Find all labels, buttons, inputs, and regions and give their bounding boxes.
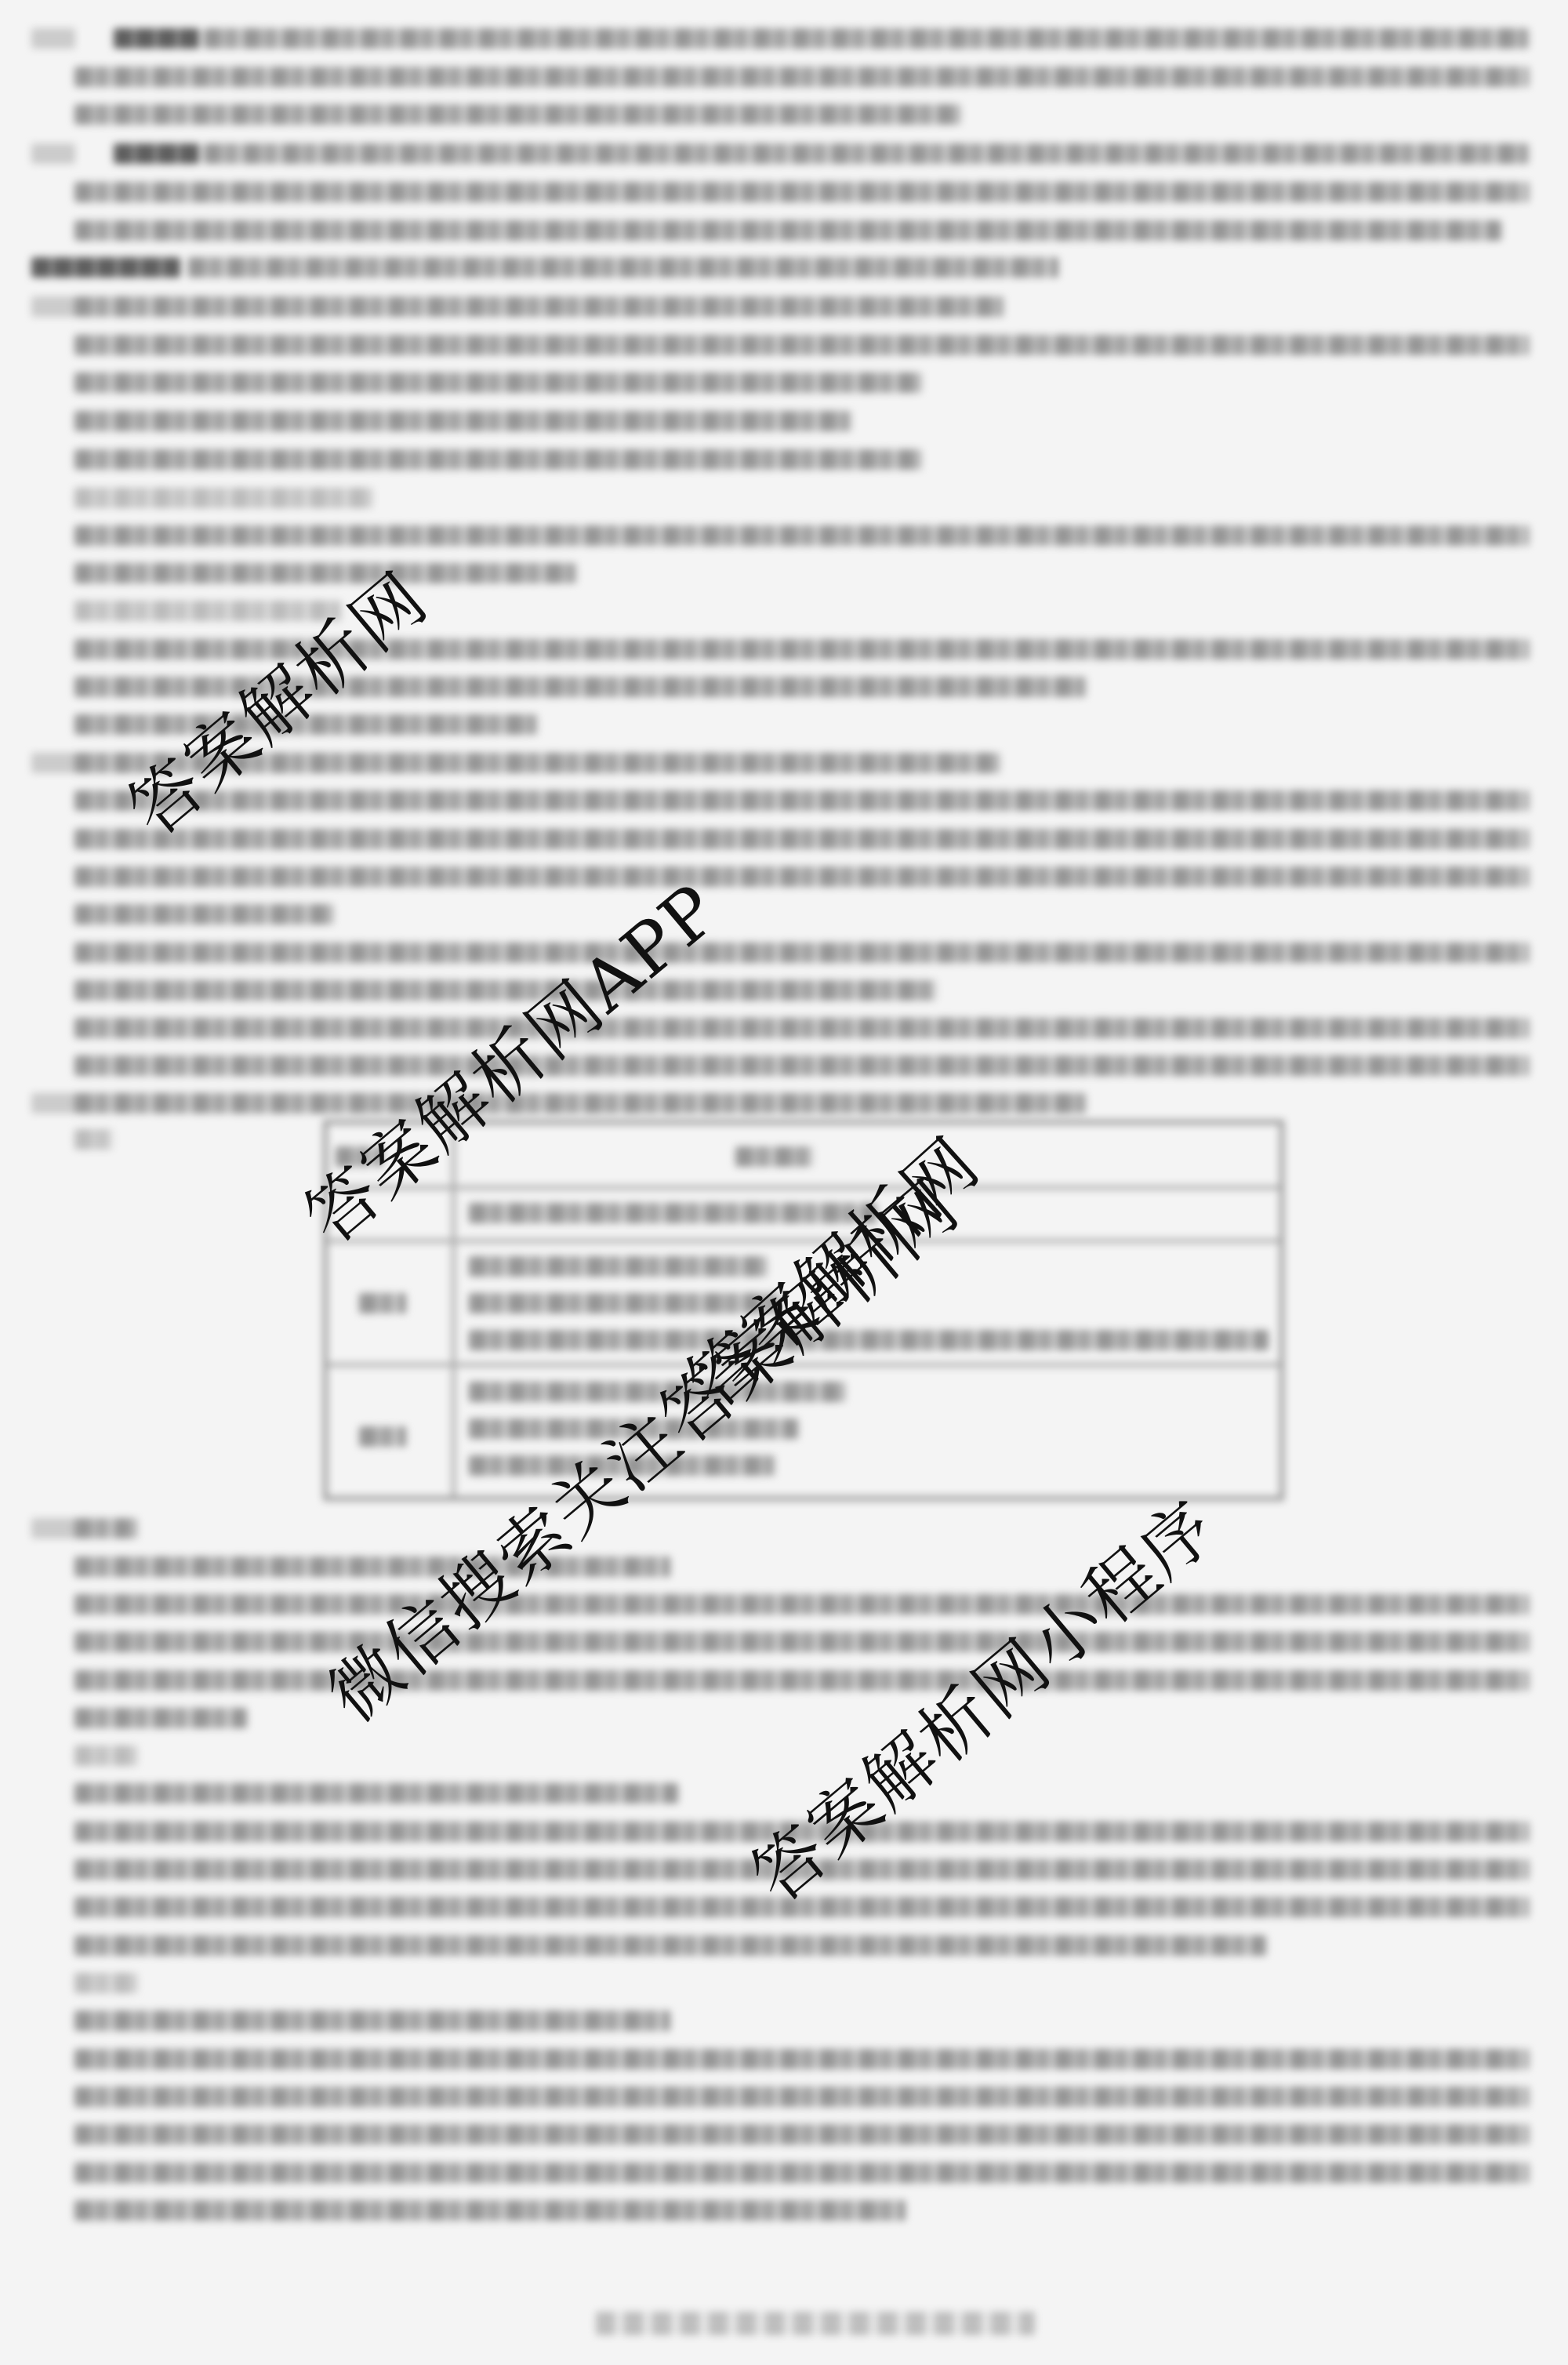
text-line	[74, 2011, 670, 2031]
text-line	[74, 1594, 1529, 1615]
text-line	[74, 104, 960, 125]
text-line	[74, 1093, 1086, 1113]
text-line	[74, 904, 333, 925]
table-cell	[469, 1330, 1269, 1350]
text-line	[74, 488, 372, 508]
text-line	[204, 143, 1529, 164]
text-line	[74, 449, 921, 470]
table-cell	[359, 1426, 406, 1447]
text-line	[74, 2124, 1529, 2145]
text-line	[74, 1018, 1529, 1038]
table-cell	[469, 1256, 767, 1277]
blurred-document-page	[0, 0, 1568, 2365]
text-line	[74, 943, 1529, 963]
text-line	[188, 257, 1058, 278]
text-line	[74, 2200, 906, 2221]
question-number	[31, 1518, 75, 1539]
text-line	[74, 67, 1529, 87]
text-line	[74, 1783, 678, 1804]
text-line	[74, 2163, 1529, 2183]
text-line	[74, 829, 1529, 849]
text-line	[114, 143, 200, 164]
question-number	[31, 143, 75, 164]
question-number	[31, 296, 75, 317]
text-line	[74, 1746, 137, 1766]
text-line	[74, 1129, 114, 1150]
question-number	[31, 28, 75, 49]
question-number	[31, 753, 75, 773]
text-line	[74, 1935, 1266, 1956]
text-line	[74, 372, 921, 393]
text-line	[74, 790, 1529, 811]
text-line	[74, 1055, 1529, 1076]
text-line	[204, 28, 1529, 49]
text-line	[74, 1518, 137, 1539]
text-line	[74, 220, 1501, 241]
table-divider	[328, 1186, 1279, 1190]
section-heading	[31, 257, 180, 278]
page-footer	[596, 2312, 1035, 2335]
text-line	[74, 563, 576, 583]
text-line	[74, 866, 1529, 887]
question-number	[31, 1093, 75, 1113]
text-line	[74, 1632, 1529, 1652]
text-line	[114, 28, 200, 49]
text-line	[74, 411, 851, 431]
text-line	[74, 525, 1529, 546]
text-line	[74, 182, 1529, 202]
text-line	[74, 335, 1529, 355]
text-line	[74, 2049, 1529, 2069]
text-line	[74, 1708, 247, 1728]
text-line	[74, 1973, 137, 1993]
table-cell	[359, 1293, 406, 1313]
text-line	[74, 1670, 1529, 1691]
table-divider	[452, 1124, 456, 1496]
text-line	[74, 296, 1004, 317]
table-header-cell	[735, 1146, 814, 1167]
text-line	[74, 2087, 1529, 2107]
